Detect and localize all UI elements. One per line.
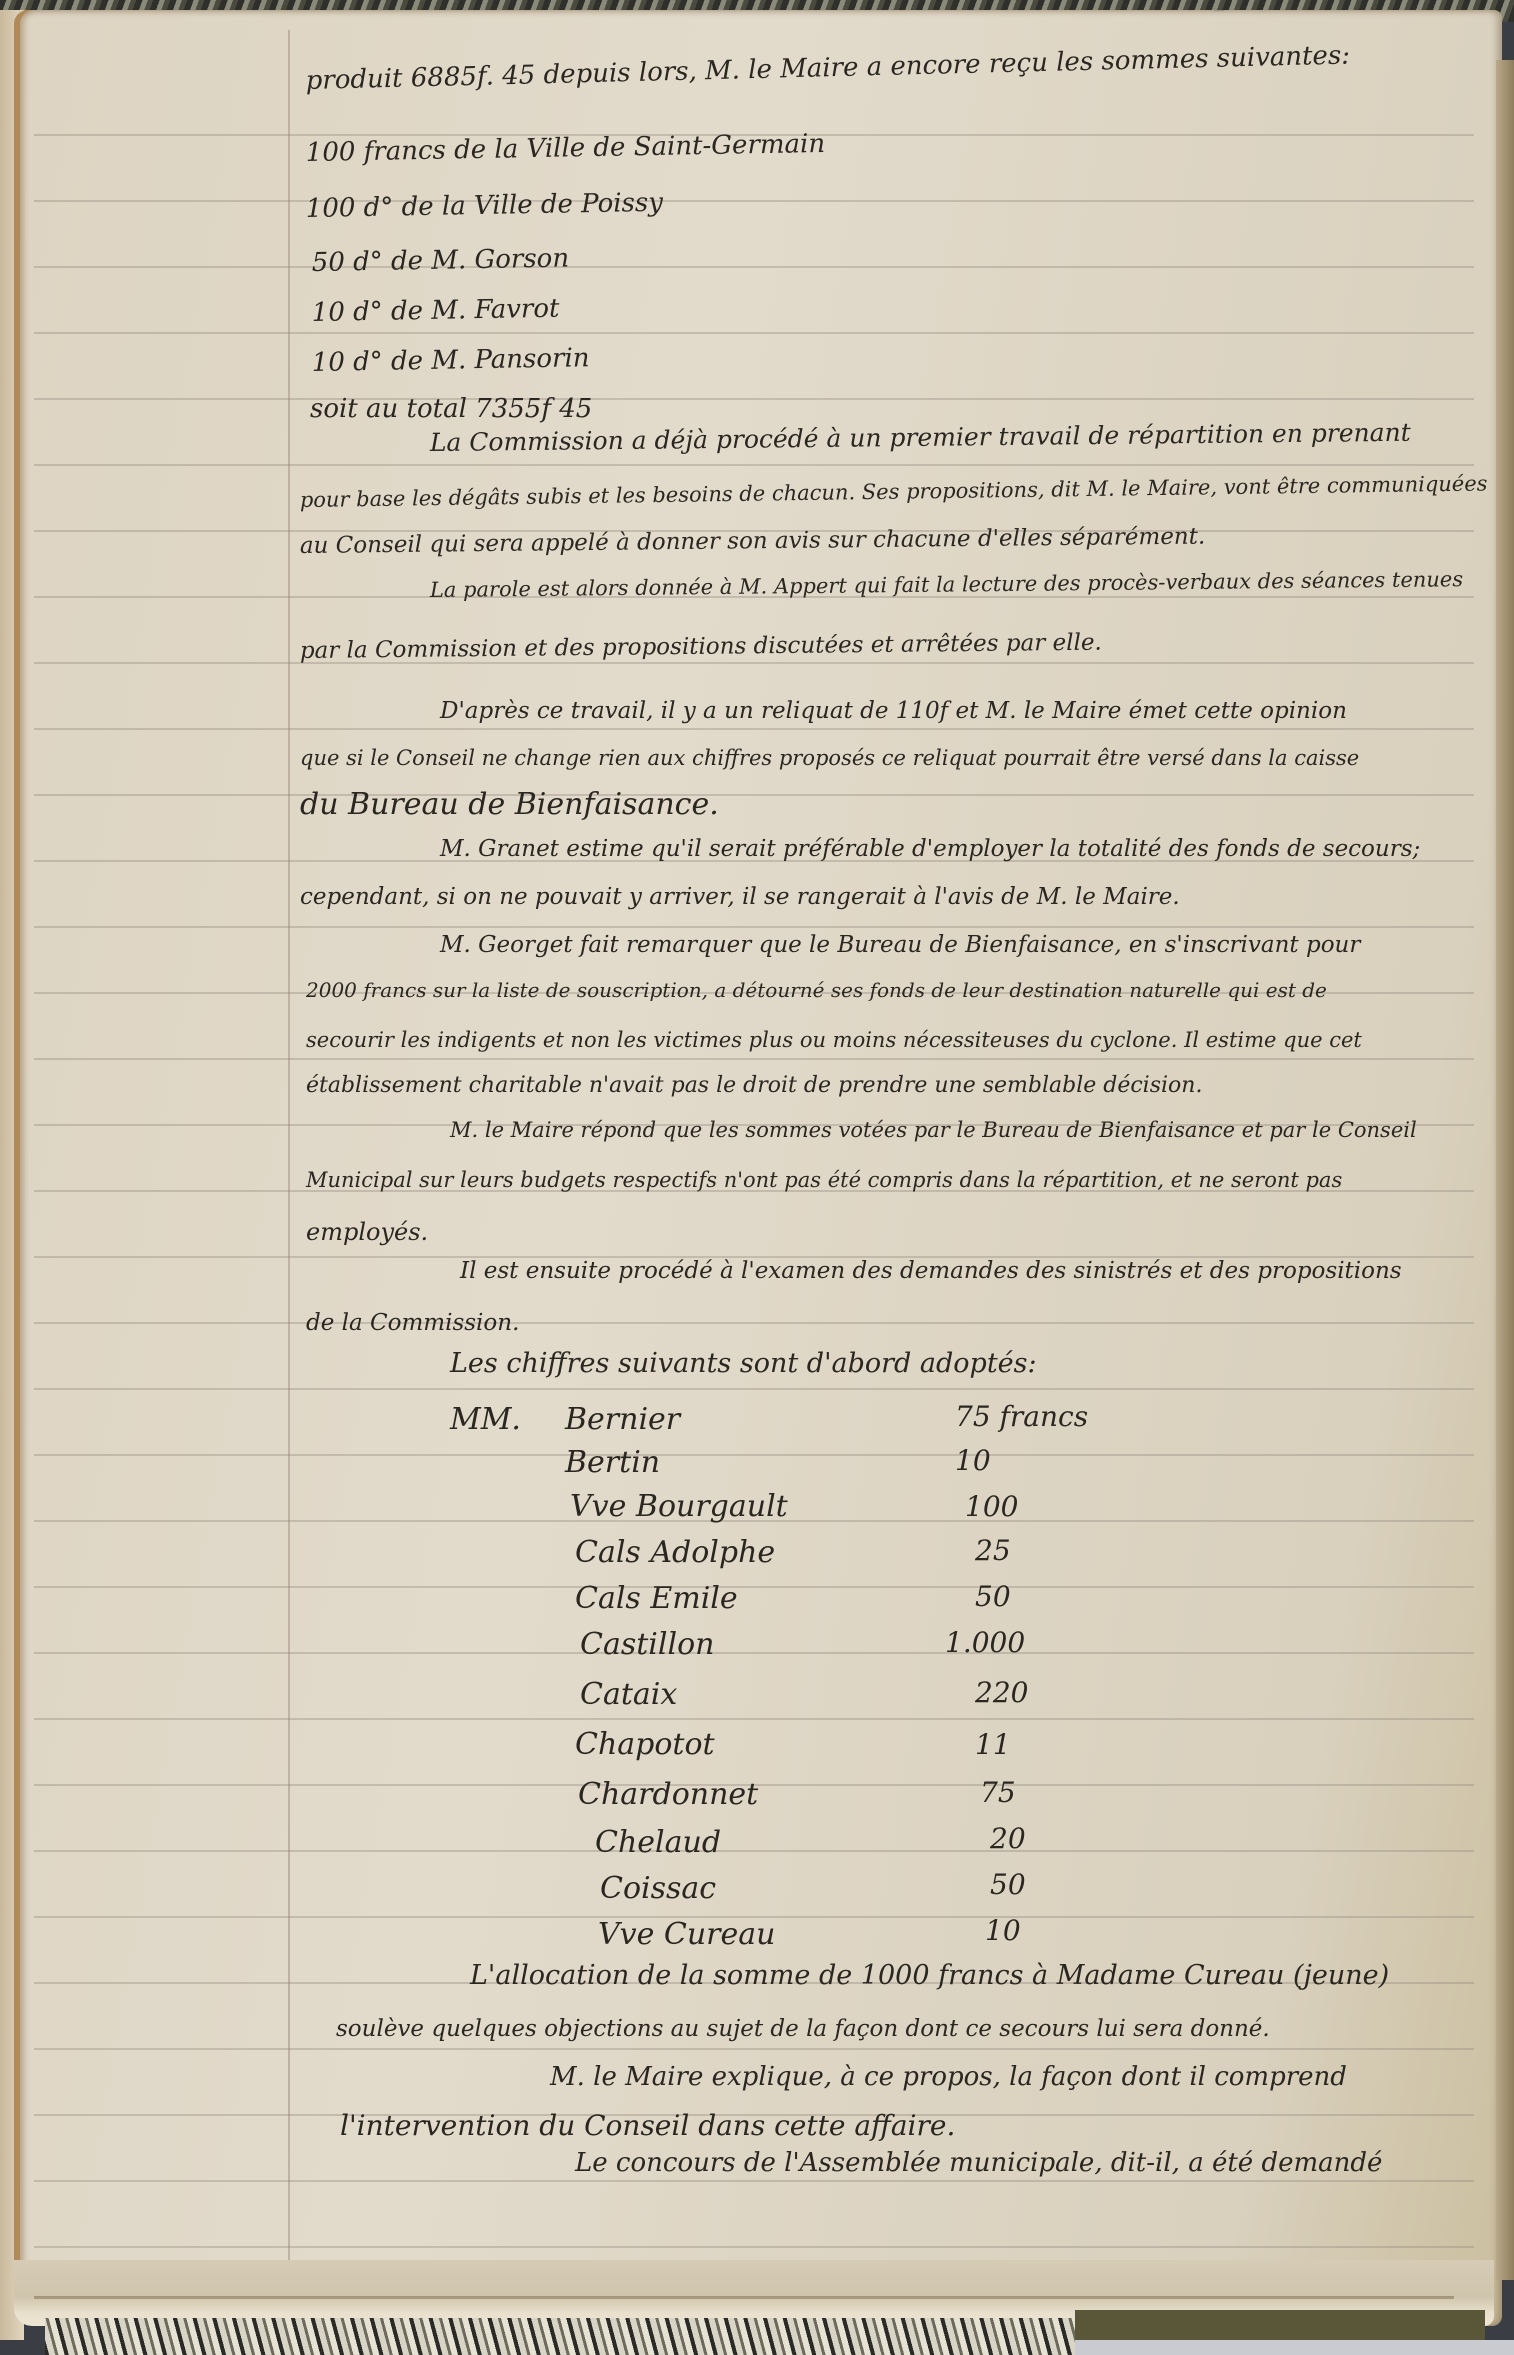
allocation-amount: 25	[975, 1534, 1011, 1567]
donation-amount: 10	[312, 347, 346, 378]
paragraph-line: soulève quelques objections au sujet de …	[336, 2018, 1270, 2041]
allocation-name: Vve Bourgault	[570, 1492, 788, 1522]
paragraph-line: D'après ce travail, il y a un reliquat d…	[440, 700, 1347, 723]
donation-text: d° de M. Pansorin	[353, 343, 590, 377]
allocation-amount: 75	[980, 1776, 1016, 1809]
allocation-amount: 220	[975, 1676, 1028, 1709]
marbled-edge	[45, 2318, 1075, 2355]
donation-text: d° de M. Favrot	[353, 294, 560, 328]
allocation-name: Chapotot	[575, 1730, 715, 1760]
paragraph-line: du Bureau de Bienfaisance.	[300, 790, 719, 820]
allocation-amount: 50	[990, 1868, 1026, 1901]
paragraph-line: Il est ensuite procédé à l'examen des de…	[460, 1260, 1402, 1283]
paragraph-line: que si le Conseil ne change rien aux chi…	[300, 748, 1359, 769]
paragraph-line: L'allocation de la somme de 1000 francs …	[470, 1962, 1389, 1989]
donation-amount: 50	[312, 247, 346, 278]
allocation-name: Chardonnet	[578, 1780, 758, 1810]
paragraph-line: l'intervention du Conseil dans cette aff…	[340, 2112, 955, 2140]
paragraph-line: M. Georget fait remarquer que le Bureau …	[440, 934, 1360, 957]
allocation-name: Castillon	[580, 1630, 714, 1660]
allocation-name: Bernier	[565, 1405, 680, 1435]
allocation-name: Cals Adolphe	[575, 1538, 775, 1568]
paragraph-line: 2000 francs sur la liste de souscription…	[306, 980, 1327, 1000]
allocation-name: Cataix	[580, 1680, 677, 1710]
donation-row: 50 d° de M. Gorson	[312, 246, 570, 276]
paragraph-line: secourir les indigents et non les victim…	[306, 1030, 1362, 1051]
right-page-edge	[1496, 60, 1514, 2280]
allocation-name: Chelaud	[595, 1828, 721, 1858]
paragraph-line: Le concours de l'Assemblée municipale, d…	[575, 2150, 1382, 2176]
allocation-amount: 100	[965, 1490, 1018, 1523]
paragraph-line: Municipal sur leurs budgets respectifs n…	[306, 1170, 1342, 1191]
paragraph-line: M. le Maire répond que les sommes votées…	[450, 1120, 1417, 1141]
paragraph-line: de la Commission.	[306, 1312, 519, 1335]
allocation-name: Bertin	[565, 1448, 660, 1478]
donation-amount: 100	[306, 193, 356, 224]
donations-total: soit au total 7355f 45	[310, 396, 592, 422]
allocations-prefix: MM.	[450, 1405, 521, 1435]
paragraph-line: employés.	[306, 1220, 428, 1244]
allocation-amount: 11	[975, 1728, 1011, 1761]
allocation-amount: 50	[975, 1580, 1011, 1613]
corner-mark: —	[1214, 4, 1226, 17]
allocation-amount: 75 francs	[955, 1400, 1088, 1433]
donation-row: 100 d° de la Ville de Poissy	[306, 190, 664, 222]
donation-row: 10 d° de M. Favrot	[312, 296, 560, 326]
allocations-heading: Les chiffres suivants sont d'abord adopt…	[450, 1350, 1037, 1377]
allocation-amount: 10	[985, 1914, 1021, 1947]
allocation-name: Cals Emile	[575, 1584, 738, 1614]
allocation-name: Coissac	[600, 1874, 716, 1904]
allocation-amount: 10	[955, 1444, 991, 1477]
allocation-name: Vve Cureau	[598, 1920, 775, 1950]
paragraph-line: établissement charitable n'avait pas le …	[306, 1075, 1202, 1097]
donation-text: d° de la Ville de Poissy	[363, 188, 663, 223]
donation-text: d° de M. Gorson	[353, 244, 569, 278]
paragraph-line: cependant, si on ne pouvait y arriver, i…	[300, 886, 1180, 909]
donation-amount: 100	[306, 137, 356, 168]
paragraph-line: M. Granet estime qu'il serait préférable…	[440, 838, 1420, 861]
donation-amount: 10	[312, 297, 346, 328]
allocation-amount: 1.000	[945, 1626, 1025, 1659]
paragraph-line: M. le Maire explique, à ce propos, la fa…	[550, 2064, 1347, 2090]
donation-row: 10 d° de M. Pansorin	[312, 345, 590, 376]
table-surface	[1075, 2340, 1514, 2355]
currency-label: francs	[1000, 1400, 1089, 1433]
allocation-amount: 20	[990, 1822, 1026, 1855]
margin-line	[288, 30, 290, 2290]
